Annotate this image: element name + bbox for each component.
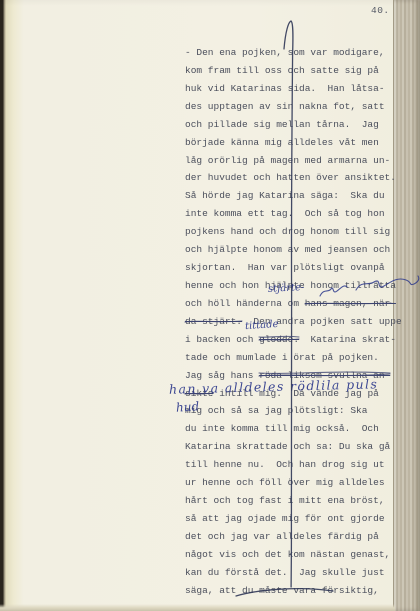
typed-text: och hjälpte honom av med jeansen och (185, 244, 390, 255)
typed-line: da stjärt. Den andra pojken satt uppe (185, 313, 405, 331)
typed-text: du inte komma till mig också. Och (185, 423, 379, 434)
typed-line: mig och så sa jag plötsligt: Ska (185, 402, 405, 420)
struck-text: glodde. (259, 334, 299, 345)
typed-text: der huvudet och hatten över ansiktet. (185, 172, 396, 183)
typed-line: började känna mig alldeles våt men (185, 134, 405, 152)
typed-line: Så hörde jag Katarina säga: Ska du (185, 187, 405, 205)
typed-text: till henne nu. Och han drog sig ut (185, 459, 385, 470)
typed-line: hårt och tog fast i mitt ena bröst, (185, 492, 405, 510)
typed-text-block: - Den ena pojken, som var modigare,kom f… (185, 44, 405, 600)
typed-line: något vis och det kom nästan genast, (185, 546, 405, 564)
typed-line: des upptagen av sin nakna fot, satt (185, 98, 405, 116)
typed-line: Katarina skrattade och sa: Du ska gå (185, 438, 405, 456)
typed-text: hårt och tog fast i mitt ena bröst, (185, 495, 385, 506)
typed-line: pojkens hand och drog honom till sig (185, 223, 405, 241)
typed-text: kom fram till oss och satte sig på (185, 65, 379, 76)
typed-text: tade och mumlade i örat på pojken. (185, 352, 379, 363)
handwritten-correction-hud: hud (176, 399, 200, 415)
typed-text: huk vid Katarinas sida. Han låtsa- (185, 83, 385, 94)
typed-text: och pillade sig mellan tårna. Jag (185, 119, 379, 130)
typed-text: mig och så sa jag plötsligt: Ska (185, 405, 367, 416)
typed-text: - Den ena pojken, som var modigare, (185, 47, 385, 58)
typed-line: till henne nu. Och han drog sig ut (185, 456, 405, 474)
typed-line: ur henne och föll över mig alldeles (185, 474, 405, 492)
manuscript-page: 40. - Den ena pojken, som var modigare,k… (0, 0, 420, 611)
typed-line: huk vid Katarinas sida. Han låtsa- (185, 80, 405, 98)
typed-line: och pillade sig mellan tårna. Jag (185, 116, 405, 134)
typed-text: des upptagen av sin nakna fot, satt (185, 101, 385, 112)
typed-line: kan du förstå det. Jag skulle just (185, 564, 405, 582)
typed-text: låg orörlig på magen med armarna un- (185, 155, 390, 166)
typed-text: Katarina skrattade och sa: Du ska gå (185, 441, 390, 452)
typed-text: inte komma ett tag. Och så tog hon (185, 208, 385, 219)
typed-text: Så hörde jag Katarina säga: Ska du (185, 190, 385, 201)
typed-text: i backen och (185, 334, 259, 345)
typed-text: säga, att du måste vara försiktig, (185, 585, 379, 596)
typed-line: der huvudet och hatten över ansiktet. (185, 169, 405, 187)
handwritten-correction-stjarte: stjärte- (268, 282, 305, 295)
typed-line: det och jag var alldeles färdig på (185, 528, 405, 546)
typed-line: skjortan. Han var plötsligt ovanpå (185, 259, 405, 277)
typed-text: så att jag ojade mig för ont gjorde (185, 513, 385, 524)
typed-line: låg orörlig på magen med armarna un- (185, 152, 405, 170)
typed-text: Katarina skrat- (299, 334, 396, 345)
typed-line: du inte komma till mig också. Och (185, 420, 405, 438)
typed-text: det och jag var alldeles färdig på (185, 531, 379, 542)
typed-line: och hjälpte honom av med jeansen och (185, 241, 405, 259)
typed-text: ur henne och föll över mig alldeles (185, 477, 385, 488)
typed-line: i backen och glodde. Katarina skrat- (185, 331, 405, 349)
typed-line: inte komma ett tag. Och så tog hon (185, 205, 405, 223)
typed-line: tade och mumlade i örat på pojken. (185, 349, 405, 367)
typed-text: något vis och det kom nästan genast, (185, 549, 390, 560)
page-bottom-edge (0, 604, 395, 611)
typed-text: skjortan. Han var plötsligt ovanpå (185, 262, 385, 273)
typed-line: så att jag ojade mig för ont gjorde (185, 510, 405, 528)
typed-line: säga, att du måste vara försiktig, (185, 582, 405, 600)
handwritten-correction-tittade: tittade (245, 319, 279, 332)
struck-text: hans magen, när- (305, 298, 396, 309)
typed-line: och höll händerna om hans magen, när- (185, 295, 405, 313)
typed-text: och höll händerna om (185, 298, 305, 309)
page-number: 40. (371, 5, 390, 16)
typed-line: - Den ena pojken, som var modigare, (185, 44, 405, 62)
typed-line: kom fram till oss och satte sig på (185, 62, 405, 80)
typed-text: kan du förstå det. Jag skulle just (185, 567, 385, 578)
typed-text: började känna mig alldeles våt men (185, 137, 379, 148)
typed-text: pojkens hand och drog honom till sig (185, 226, 390, 237)
struck-text: da stjärt. (185, 316, 242, 327)
